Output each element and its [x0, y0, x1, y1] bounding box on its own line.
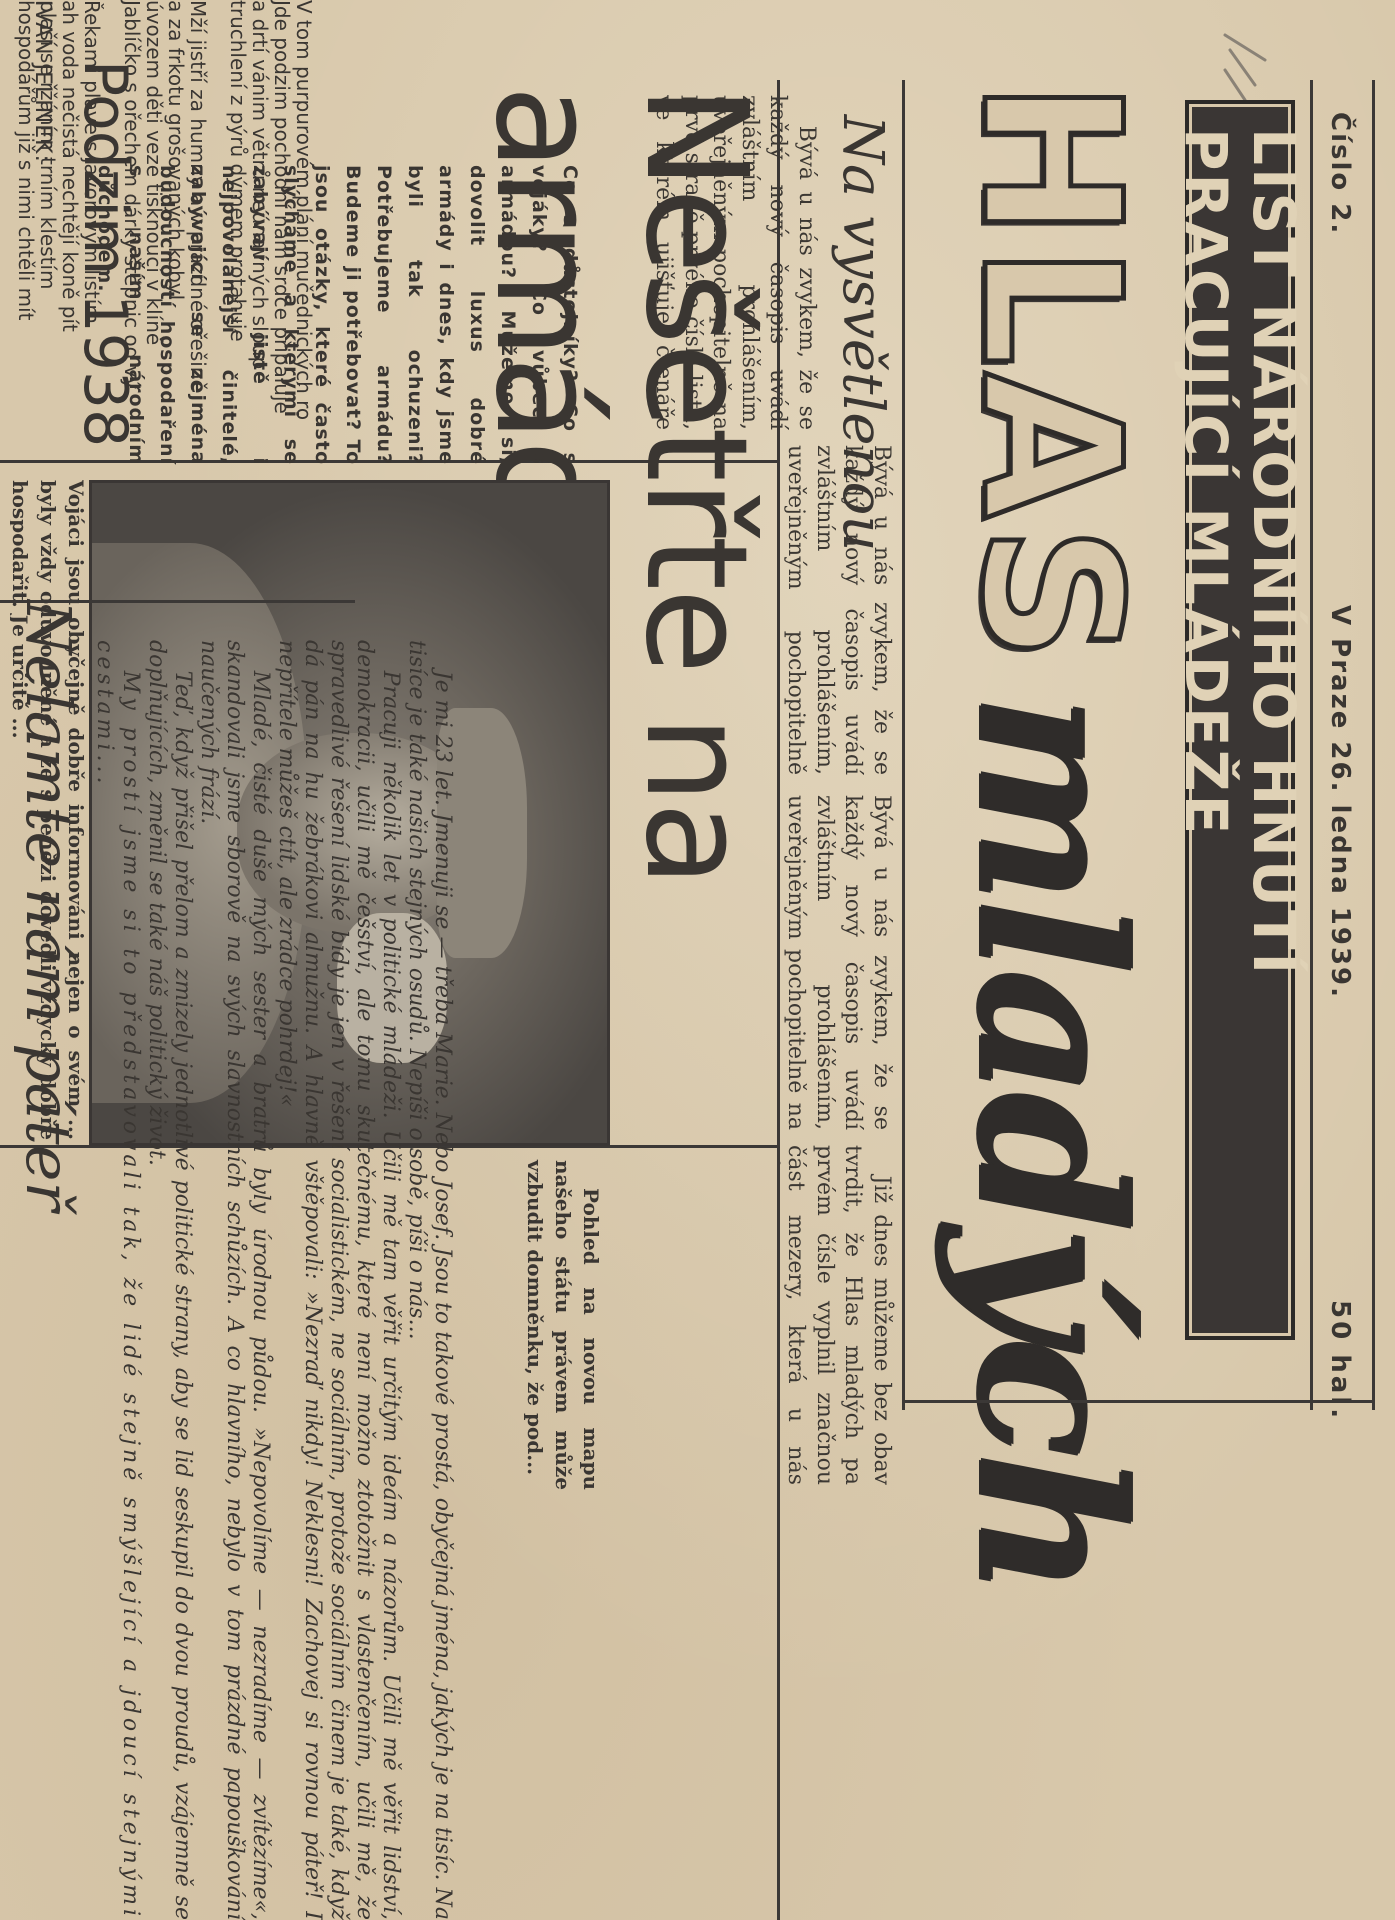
- poem-stanza: Řekami plave s javorovým listím ah voda …: [15, 0, 103, 540]
- article-explanation-paragraph: Bývá u nás zvykem, že se každý nový časo…: [780, 445, 895, 775]
- poem-line: Mží jistří za humny a v prázdné ořešině: [187, 0, 209, 540]
- poem-line: truchlení z pýrů dýmem protahuje: [227, 0, 249, 540]
- article-explanation-col-4: Již dnes můžeme bez obav tvrdit, že Hlas…: [780, 1145, 895, 1485]
- article-backbone-body: Je mi 23 let. Jmenuji se — třeba Marie. …: [95, 640, 455, 1920]
- article-army-paragraph: Pohled na novou mapu našeho státu právem…: [521, 1160, 605, 1490]
- article-explanation-col-3: Bývá u nás zvykem, že se každý nový časo…: [780, 795, 895, 1130]
- newspaper-page: Číslo 2. V Praze 26. ledna 1939. 50 hal.…: [0, 0, 1395, 1920]
- poem-line: Jde podzim pochodní nám srdce připaluje: [271, 0, 293, 540]
- article-explanation-paragraph: Bývá u nás zvykem, že se každý nový časo…: [780, 795, 895, 1130]
- article-explanation-col-2: Bývá u nás zvykem, že se každý nový časo…: [780, 445, 895, 775]
- poem-line: Jablíčko s ořechem dárky štěpnic od vý: [121, 0, 143, 540]
- poem-line: V tom purpurovém plání mučednických ro: [293, 0, 315, 540]
- article-army-top-rule: [777, 80, 780, 1920]
- masthead-top-rule: [1372, 80, 1375, 1410]
- poem-line: ah voda nečistá nechtějí koně pít: [59, 0, 81, 540]
- issue-date: V Praze 26. ledna 1939.: [1325, 605, 1355, 999]
- article-title-army: Nešetřte na armádě: [610, 85, 770, 1235]
- poem-line: a drtí vánim větrů neúnavných sloup: [249, 0, 271, 540]
- poem-stanza: Mží jistří za humny a v prázdné ořešině …: [121, 0, 209, 540]
- poem-body: V tom purpurovém plání mučednických ro J…: [0, 0, 315, 540]
- masthead-side-rule: [905, 1400, 1375, 1403]
- article-army-body-right: Pohled na novou mapu našeho státu právem…: [515, 1160, 605, 1490]
- masthead-title: HLAS mladých: [940, 80, 1160, 1260]
- masthead-bottom-rule: [1310, 80, 1313, 1410]
- poem-line: a za frkotu grošovaných kobyl: [165, 0, 187, 540]
- poem-stanza: V tom purpurovém plání mučednických ro J…: [227, 0, 315, 540]
- article-backbone-paragraph: Mladé, čisté duše mých sester a bratrů b…: [195, 640, 273, 1920]
- article-explanation-paragraph: Již dnes můžeme bez obav tvrdit, že Hlas…: [780, 1145, 895, 1485]
- article-backbone-paragraph: Je mi 23 let. Jmenuji se — třeba Marie. …: [403, 640, 455, 1920]
- poem-line: hospodářům již s nimi chtěli mít: [15, 0, 37, 540]
- article-backbone-paragraph: Pracuji několik let v politické mládeži.…: [273, 640, 403, 1920]
- masthead-subtitle: LIST NÁRODNÍHO HNUTÍ PRACUJÍCÍ MLÁDEŽE: [1172, 128, 1308, 1336]
- article-backbone-paragraph: Teď, když přišel přelom a zmizely jednot…: [143, 640, 195, 1920]
- article-title-backbone: Nelamte nám páteř: [5, 600, 85, 1300]
- issue-number: Číslo 2.: [1325, 112, 1355, 235]
- poem-line: Řekami plave s javorovým listím: [81, 0, 103, 540]
- poem-line: úvozem děti veze tisknoucí v klíně: [143, 0, 165, 540]
- masthead-title-script: mladých: [950, 692, 1150, 1590]
- pencil-annotation-icon: [1215, 30, 1275, 110]
- section-rule: [902, 80, 905, 1410]
- masthead-subtitle-bar: LIST NÁRODNÍHO HNUTÍ PRACUJÍCÍ MLÁDEŽE: [1185, 100, 1295, 1340]
- article-backbone-paragraph: My prostí jsme si to představovali tak, …: [95, 640, 143, 1920]
- poem-line: plaší se řžáním trním klestím: [37, 0, 59, 540]
- masthead-title-block: HLAS: [955, 80, 1145, 668]
